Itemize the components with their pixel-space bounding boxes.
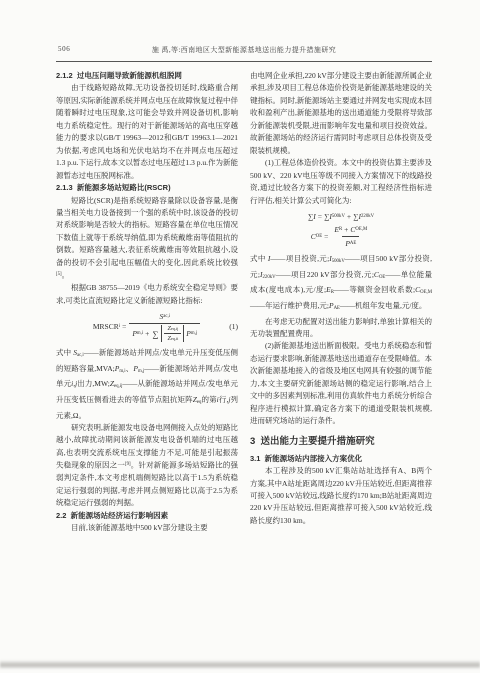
fraction-main: Sac,i Pm,i + ∑ Zeq,ij Zeq,ii Pm,j bbox=[129, 312, 200, 342]
absolute-value-bars: Zeq,ij Zeq,ii bbox=[161, 325, 184, 342]
equals-sign: = bbox=[318, 211, 322, 222]
cost-denominator: PAE bbox=[342, 236, 359, 249]
paragraph-eq1-variables: 式中 Sac,i——新能源场站并网点/发电单元升压变低压侧的短路容量,MVA;P… bbox=[56, 347, 238, 422]
fraction-cost: ER + COE,M PAE bbox=[331, 224, 370, 249]
equals-sign: = bbox=[122, 322, 126, 332]
paragraph-scr: 短路比(SCR)是指系统短路容量除以设备容量,是衡量当相关电力设备接到一个强的系… bbox=[56, 195, 238, 283]
fraction-impedance: Zeq,ij Zeq,ii bbox=[164, 325, 181, 342]
subsection-heading-213: 2.1.3 新能源多场站短路比(RSCR) bbox=[56, 182, 238, 194]
subsection-heading-212: 2.1.2 过电压问题导致新能源机组脱网 bbox=[56, 70, 238, 82]
page-header: 506 施 禹,等:西南地区大型新能源基地送出能力提升措施研究 bbox=[56, 45, 432, 57]
equation-investment-line: ∑I = ∑I500kV + ∑I220kV bbox=[308, 211, 374, 222]
sigma-symbol: ∑ bbox=[152, 329, 158, 339]
equation-mrscr: MRSCRi = Sac,i Pm,i + ∑ Zeq,ij Zeq,ii bbox=[56, 311, 238, 343]
running-title: 施 禹,等:西南地区大型新能源基地送出能力提升措施研究 bbox=[56, 45, 432, 55]
cost-numerator: ER + COE,M bbox=[331, 224, 370, 236]
paragraph-research: 研究表明,新能源发电设备电网侧接入点处的短路比越小,故障扰动期间该新能源发电设备… bbox=[56, 422, 238, 510]
var-i500-sub: 500kV bbox=[332, 211, 345, 222]
equals-sign: = bbox=[324, 231, 328, 242]
section-heading-3: 3 送出能力主要提升措施研究 bbox=[250, 435, 432, 448]
var-p1-sub: m,i bbox=[137, 329, 143, 339]
fraction-denominator: Pm,i + ∑ Zeq,ij Zeq,ii Pm,j bbox=[129, 323, 200, 342]
var-i220-sub: 220kV bbox=[361, 211, 374, 222]
paragraph-gb-standard: 根据GB 38755—2019《电力系统安全稳定导则》要求,可类比直流短路比定义… bbox=[56, 282, 238, 307]
paragraph-continue: 由电网企业承担,220 kV部分建设主要由新能源所属企业承担,涉及项目工程总体造… bbox=[250, 70, 432, 157]
var-i: I bbox=[313, 211, 316, 222]
paper-page: { "colors": { "page_bg": "#fbfbf9", "tex… bbox=[0, 0, 480, 673]
paragraph-eq-variables: 式中 I——项目投资,元;I500kV——项目500 kV部分投资,元;I220… bbox=[250, 253, 432, 316]
paragraph-reactive: 在考虑无功配置对送出能力影响时,单独计算相关的无功装置配置费用。 bbox=[250, 316, 432, 341]
paragraph-overvoltage: 由于线路短路故障,无功设备投切延时,线路重合闸等原因,实际新能源系统并网点电压在… bbox=[56, 82, 238, 182]
paragraph-limit: (2)新能源基地送出断面极限。受电力系统稳态和暂态运行要求影响,新能源基地送出通… bbox=[250, 340, 432, 427]
var-er-sub: R bbox=[339, 224, 342, 235]
fraction-numerator: Sac,i bbox=[156, 312, 173, 323]
paragraph-investment: (1)工程总体造价投资。本文中的投资估算主要涉及500 kV、220 kV电压等… bbox=[250, 157, 432, 207]
paragraph-sites: 本工程涉及的500 kV汇集站站址选择有A、B两个方案,其中A站址距离周边220… bbox=[250, 465, 432, 527]
var-z2-sub: eq,ii bbox=[171, 335, 178, 342]
impedance-numerator: Zeq,ij bbox=[164, 325, 181, 333]
plus-sign: + bbox=[344, 224, 348, 235]
header-rule bbox=[56, 61, 432, 62]
equation-number: (1) bbox=[229, 321, 238, 333]
equation-cost-line: COE = ER + COE,M PAE bbox=[311, 224, 372, 249]
equation-investment: ∑I = ∑I500kV + ∑I220kV COE = ER + COE,M … bbox=[250, 210, 432, 250]
plus-sign: + bbox=[145, 329, 149, 339]
eq-lhs: MRSCR bbox=[93, 322, 119, 332]
subsection-heading-22: 2.2 新能源场站经济运行影响因素 bbox=[56, 510, 238, 522]
right-column: 由电网企业承担,220 kV部分建设主要由新能源所属企业承担,涉及项目工程总体造… bbox=[250, 70, 432, 534]
eq-lhs-sub: i bbox=[119, 322, 120, 332]
left-column: 2.1.2 过电压问题导致新能源机组脱网 由于线路短路故障,无功设备投切延时,线… bbox=[56, 70, 238, 534]
impedance-denominator: Zeq,ii bbox=[164, 333, 181, 342]
var-p2-sub: m,j bbox=[191, 329, 197, 339]
var-s-sub: ac,i bbox=[163, 312, 170, 322]
var-coem-sub: OE,M bbox=[355, 224, 367, 235]
two-column-body: 2.1.2 过电压问题导致新能源机组脱网 由于线路短路故障,无功设备投切延时,线… bbox=[56, 70, 432, 534]
paragraph-current: 目前,该新能源基地中500 kV部分建设主要 bbox=[56, 522, 238, 534]
page-edge-shadow bbox=[0, 660, 480, 669]
var-coe-sub: OE bbox=[316, 231, 322, 242]
var-pae-sub: AE bbox=[350, 238, 356, 249]
equation-mrscr-body: MRSCRi = Sac,i Pm,i + ∑ Zeq,ij Zeq,ii bbox=[93, 312, 201, 342]
subsection-heading-31: 3.1 新能源场站内部接入方案优化 bbox=[250, 453, 432, 465]
plus-sign: + bbox=[347, 211, 351, 222]
var-z1-sub: eq,ij bbox=[171, 325, 178, 332]
